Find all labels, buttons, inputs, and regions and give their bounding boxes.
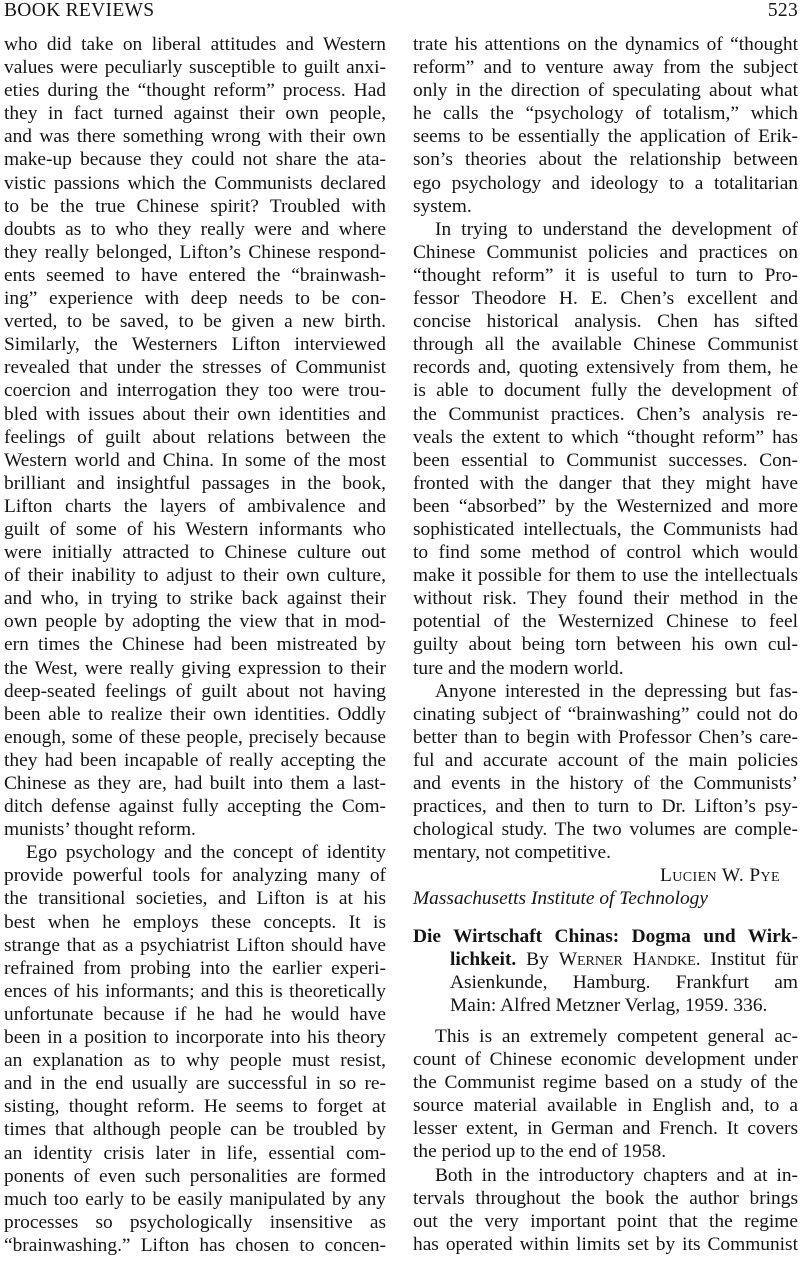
text-line: to be the true Chinese spirit? Troubled …	[4, 195, 386, 218]
text-line: This is an extremely competent general a…	[413, 1025, 798, 1048]
text-line: been essential to Communist successes. C…	[413, 449, 798, 472]
text-line: make it possible for them to use the int…	[413, 564, 798, 587]
paragraph-recommendation: Anyone interested in the depressing but …	[413, 680, 798, 865]
text-line: mentary, not competitive.	[413, 841, 798, 864]
text-line: Anyone interested in the depressing but …	[413, 680, 798, 703]
text-line: ture and the modern world.	[413, 657, 798, 680]
running-head: BOOK REVIEWS 523	[4, 0, 798, 24]
text-line: “thought reform” it is useful to turn to…	[413, 264, 798, 287]
book-title: Die Wirtschaft Chinas: Dogma und Wirk-	[413, 925, 798, 948]
text-line: they really belonged, Lifton’s Chinese r…	[4, 241, 386, 264]
text-line: of their inability to adjust to their ow…	[4, 564, 386, 587]
text-line: Similarly, the Westerners Lifton intervi…	[4, 333, 386, 356]
book-citation-line: lichkeit. By Werner Handke. Institut für	[413, 948, 798, 971]
text-line: veals the extent to which “thought refor…	[413, 426, 798, 449]
paragraph-continued: trate his attentions on the dynamics of …	[413, 33, 798, 218]
text-line: is able to document fully the developmen…	[413, 379, 798, 402]
book-entry-heading: Die Wirtschaft Chinas: Dogma und Wirk- l…	[413, 925, 798, 1017]
text-line: they had been incapable of really accept…	[4, 749, 386, 772]
text-line: an explanation as to why people must res…	[4, 1049, 386, 1072]
text-line: tervals throughout the book the author b…	[413, 1187, 798, 1210]
book-author: Werner Handke	[559, 949, 696, 970]
text-line: the period up to the end of 1958.	[413, 1140, 798, 1163]
text-line: count of Chinese economic development un…	[413, 1048, 798, 1071]
paragraph-review-intro: This is an extremely competent general a…	[413, 1025, 798, 1164]
text-line: concise historical analysis. Chen has si…	[413, 310, 798, 333]
text-line: processes so psychologically insensitive…	[4, 1211, 386, 1234]
text-line: reform” and to venture away from the sub…	[413, 56, 798, 79]
text-line: been “absorbed” by the Westernized and m…	[413, 495, 798, 518]
text-line: and was there something wrong with their…	[4, 125, 386, 148]
text-line: ful and accurate account of the main pol…	[413, 749, 798, 772]
text-line: ern times the Chinese had been mistreate…	[4, 633, 386, 656]
text-line: unfortunate because if he had he would h…	[4, 1003, 386, 1026]
text-line: they in fact turned against their own pe…	[4, 102, 386, 125]
book-citation-line: Asienkunde, Hamburg. Frankfurt am	[413, 971, 798, 994]
text-line: deep-seated feelings of guilt about not …	[4, 680, 386, 703]
publisher-start: . Institut für	[696, 949, 798, 970]
text-line: times that although people can be troubl…	[4, 1118, 386, 1141]
text-line: make-up because they could not share the…	[4, 148, 386, 171]
left-column: who did take on liberal attitudes and We…	[4, 33, 386, 1257]
text-line: Chinese as they are, had built into them…	[4, 772, 386, 795]
text-line: brilliant and insightful passages in the…	[4, 472, 386, 495]
text-line: system.	[413, 195, 798, 218]
section-gap	[413, 1017, 798, 1025]
text-line: who did take on liberal attitudes and We…	[4, 33, 386, 56]
text-line: Chinese Communist policies and practices…	[413, 241, 798, 264]
text-line: an identity crisis later in life, essent…	[4, 1142, 386, 1165]
right-column: trate his attentions on the dynamics of …	[413, 33, 798, 1256]
text-line: values were peculiarly susceptible to gu…	[4, 56, 386, 79]
text-line: potential of the Westernized Chinese to …	[413, 610, 798, 633]
text-line: seems to be essentially the application …	[413, 125, 798, 148]
paragraph-continued: who did take on liberal attitudes and We…	[4, 33, 386, 841]
text-line: cinating subject of “brainwashing” could…	[413, 703, 798, 726]
text-line: Western world and China. In some of the …	[4, 449, 386, 472]
text-line: trate his attentions on the dynamics of …	[413, 33, 798, 56]
text-line: fronted with the danger that they might …	[413, 472, 798, 495]
text-line: own people by adopting the view that in …	[4, 610, 386, 633]
text-line: strange that as a psychiatrist Lifton sh…	[4, 934, 386, 957]
text-line: Lifton charts the layers of ambivalence …	[4, 495, 386, 518]
text-line: been in a position to incorporate into h…	[4, 1026, 386, 1049]
text-line: best when he employs these concepts. It …	[4, 911, 386, 934]
reviewer-name: Lucien W. Pye	[413, 864, 798, 887]
text-line: guilty about being torn between his own …	[413, 633, 798, 656]
page-number: 523	[768, 0, 798, 22]
text-line: through all the available Chinese Commun…	[413, 333, 798, 356]
text-line: ents seemed to have entered the “brainwa…	[4, 264, 386, 287]
text-line: son’s theories about the relationship be…	[413, 148, 798, 171]
text-line: verted, to be saved, to be given a new b…	[4, 310, 386, 333]
text-line: been able to realize their own identitie…	[4, 703, 386, 726]
text-line: enough, some of these people, precisely …	[4, 726, 386, 749]
text-line: lesser extent, in German and French. It …	[413, 1117, 798, 1140]
text-line: practices, and then to turn to Dr. Lifto…	[413, 795, 798, 818]
text-line: to find some method of control which wou…	[413, 541, 798, 564]
text-line: provide powerful tools for analyzing man…	[4, 864, 386, 887]
text-line: the transitional societies, and Lifton i…	[4, 887, 386, 910]
text-line: only in the direction of speculating abo…	[413, 79, 798, 102]
text-line: has operated within limits set by its Co…	[413, 1233, 798, 1256]
text-line: without risk. They found their method in…	[413, 587, 798, 610]
book-title-continued: lichkeit.	[450, 949, 516, 970]
text-line: munists’ thought reform.	[4, 818, 386, 841]
text-line: refrained from probing into the earlier …	[4, 957, 386, 980]
text-line: ences of his informants; and this is the…	[4, 980, 386, 1003]
text-line: revealed that under the stresses of Comm…	[4, 356, 386, 379]
paragraph-chen-analysis: In trying to understand the development …	[413, 218, 798, 680]
text-line: ing” experience with deep needs to be co…	[4, 287, 386, 310]
text-line: sophisticated intellectuals, the Communi…	[413, 518, 798, 541]
text-line: sisting, thought reform. He seems to for…	[4, 1095, 386, 1118]
text-line: and events in the history of the Communi…	[413, 772, 798, 795]
text-line: coercion and interrogation they too were…	[4, 379, 386, 402]
text-line: better than to begin with Professor Chen…	[413, 726, 798, 749]
text-line: he calls the “psychology of totalism,” w…	[413, 102, 798, 125]
paragraph-ego-psychology: Ego psychology and the concept of identi…	[4, 841, 386, 1257]
reviewer-affiliation: Massachusetts Institute of Technology	[413, 887, 798, 910]
text-line: In trying to understand the development …	[413, 218, 798, 241]
text-line: out the very important point that the re…	[413, 1210, 798, 1233]
text-line: the Communist practices. Chen’s analysis…	[413, 403, 798, 426]
book-citation-line: Main: Alfred Metzner Verlag, 1959. 336.	[413, 994, 798, 1017]
text-line: ponents of even such personalities are f…	[4, 1165, 386, 1188]
text-line: feelings of guilt about relations betwee…	[4, 426, 386, 449]
text-line: Ego psychology and the concept of identi…	[4, 841, 386, 864]
text-line: records and, quoting extensively from th…	[413, 356, 798, 379]
text-line: were initially attracted to Chinese cult…	[4, 541, 386, 564]
text-line: fessor Theodore H. E. Chen’s excellent a…	[413, 287, 798, 310]
running-title: BOOK REVIEWS	[4, 0, 154, 22]
text-line: ego psychology and ideology to a totalit…	[413, 172, 798, 195]
text-line: bled with issues about their own identit…	[4, 403, 386, 426]
text-line: “brainwashing.” Lifton has chosen to con…	[4, 1234, 386, 1257]
text-line: much too early to be easily manipulated …	[4, 1188, 386, 1211]
text-line: and in the end usually are successful in…	[4, 1072, 386, 1095]
text-line: the Communist regime based on a study of…	[413, 1071, 798, 1094]
text-line: doubts as to who they really were and wh…	[4, 218, 386, 241]
section-gap	[413, 911, 798, 925]
text-line: chological study. The two volumes are co…	[413, 818, 798, 841]
text-line: guilt of some of his Western informants …	[4, 518, 386, 541]
text-line: source material available in English and…	[413, 1094, 798, 1117]
by-label: By	[516, 949, 558, 970]
text-line: vistic passions which the Communists dec…	[4, 172, 386, 195]
text-line: ditch defense against fully accepting th…	[4, 795, 386, 818]
text-line: the West, were really giving expression …	[4, 657, 386, 680]
paragraph-review-body: Both in the introductory chapters and at…	[413, 1164, 798, 1256]
text-line: Both in the introductory chapters and at…	[413, 1164, 798, 1187]
text-line: eties during the “thought reform” proces…	[4, 79, 386, 102]
text-line: and who, in trying to strike back agains…	[4, 587, 386, 610]
